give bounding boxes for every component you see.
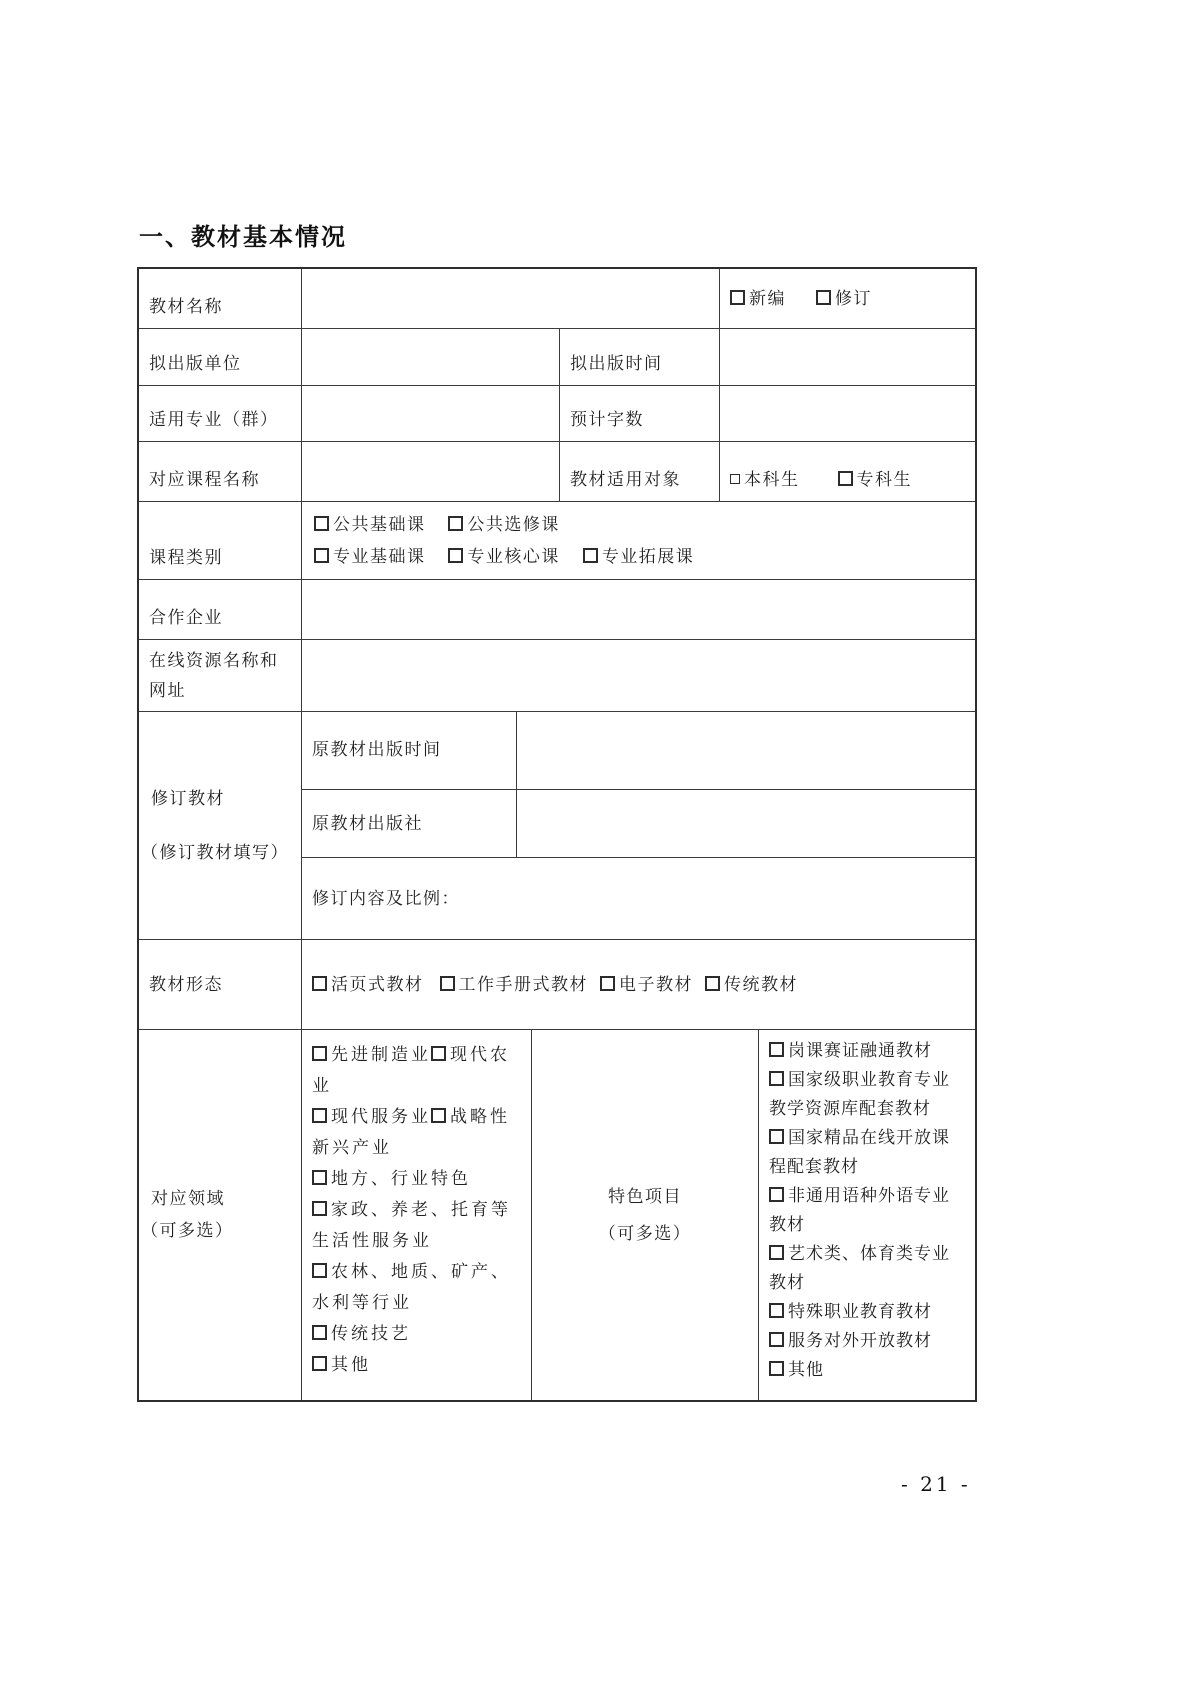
row-publisher: 拟出版单位 拟出版时间 [139, 329, 975, 386]
applicable-major-input-cell[interactable] [302, 386, 560, 441]
label-original-publisher: 原教材出版社 [302, 790, 517, 858]
option-label: 传统技艺 [331, 1324, 411, 1344]
label-online-resources: 在线资源名称和网址 [139, 640, 302, 711]
label-course-name: 对应课程名称 [139, 442, 302, 501]
checkbox-icon [769, 1071, 784, 1086]
option-traditional-textbook[interactable]: 传统教材 [705, 973, 798, 997]
revision-subtable: 原教材出版时间 原教材出版社 修订内容及比例： [302, 712, 975, 939]
checkbox-icon [312, 1201, 327, 1216]
option-national-teaching-resource-library[interactable]: 国家级职业教育专业教学资源库配套教材 [769, 1066, 965, 1124]
course-name-input-cell[interactable] [302, 442, 560, 501]
row-textbook-form: 教材形态 活页式教材 工作手册式教材 电子教材 传统教材 [139, 940, 975, 1030]
option-domain-other[interactable]: 其他 [312, 1350, 521, 1381]
option-label: 公共选修课 [467, 515, 560, 535]
option-label: 现代服务业 [331, 1107, 431, 1127]
feature-label-text: 特色项目 [608, 1182, 682, 1212]
option-course-competition-certificate-integration[interactable]: 岗课赛证融通教材 [769, 1037, 965, 1066]
partner-enterprise-input-cell[interactable] [302, 580, 975, 639]
option-label: 新编 [749, 289, 786, 309]
checkbox-icon [314, 548, 329, 563]
option-label: 专科生 [857, 470, 913, 490]
label-revision-content: 修订内容及比例： [312, 887, 460, 911]
subrow-original-publish-time: 原教材出版时间 [302, 712, 975, 790]
revision-content-input-cell[interactable]: 修订内容及比例： [302, 858, 975, 939]
option-label: 专业拓展课 [602, 547, 695, 567]
option-label: 活页式教材 [331, 975, 424, 995]
feature-options-cell: 岗课赛证融通教材 国家级职业教育专业教学资源库配套教材 国家精品在线开放课程配套… [759, 1030, 975, 1400]
option-domestic-living-services[interactable]: 家政、养老、托育等生活性服务业 [312, 1195, 521, 1257]
option-label: 其他 [788, 1360, 824, 1380]
option-label: 公共基础课 [333, 515, 426, 535]
option-label: 艺术类、体育类专业教材 [769, 1244, 950, 1293]
checkbox-icon [431, 1046, 446, 1061]
option-label: 专业核心课 [467, 547, 560, 567]
label-feature-project: 特色项目 （可多选） [532, 1030, 759, 1400]
label-text: 在线资源名称和网址 [149, 646, 291, 706]
option-special-vocational-education[interactable]: 特殊职业教育教材 [769, 1298, 965, 1327]
checkbox-icon [312, 1325, 327, 1340]
domain-option-group: 现代服务业战略性新兴产业 [312, 1102, 521, 1164]
checkbox-icon [312, 1108, 327, 1123]
section-title: 一、教材基本情况 [139, 217, 347, 252]
revision-label-text: 修订教材 [151, 787, 225, 811]
row-partner-enterprise: 合作企业 [139, 580, 975, 640]
domain-label-text: 对应领域 [151, 1187, 225, 1211]
row-revision-info: 修订教材 （修订教材填写） 原教材出版时间 原教材出版社 修订内容及比例： [139, 712, 975, 940]
checkbox-icon [769, 1245, 784, 1260]
label-textbook-name: 教材名称 [139, 269, 302, 328]
checkbox-icon [816, 290, 831, 305]
checkbox-icon [312, 1170, 327, 1185]
option-agriculture-geology-mining-water[interactable]: 农林、地质、矿产、水利等行业 [312, 1257, 521, 1319]
domain-options-cell: 先进制造业现代农业 现代服务业战略性新兴产业 地方、行业特色 家政、养老、托育等… [302, 1030, 532, 1400]
option-major-basic-course[interactable]: 专业基础课 [314, 547, 426, 567]
planned-publisher-input-cell[interactable] [302, 329, 560, 385]
row-corresponding-domain: 对应领域 （可多选） 先进制造业现代农业 现代服务业战略性新兴产业 地方、行业特… [139, 1030, 975, 1400]
checkbox-icon [769, 1042, 784, 1057]
checkbox-icon [730, 474, 740, 484]
label-applicable-major: 适用专业（群） [139, 386, 302, 441]
textbook-name-input-cell[interactable] [302, 269, 720, 328]
checkbox-icon [600, 976, 615, 991]
label-partner-enterprise: 合作企业 [139, 580, 302, 639]
option-label: 国家级职业教育专业教学资源库配套教材 [769, 1070, 950, 1119]
planned-publish-time-input-cell[interactable] [720, 329, 975, 385]
subrow-original-publisher: 原教材出版社 [302, 790, 975, 859]
target-students-cell: 本科生 专科生 [720, 442, 975, 501]
course-category-line1: 公共基础课 公共选修课 [314, 509, 560, 541]
checkbox-icon [431, 1108, 446, 1123]
row-online-resources: 在线资源名称和网址 [139, 640, 975, 712]
option-serving-opening-up[interactable]: 服务对外开放教材 [769, 1327, 965, 1356]
row-textbook-name: 教材名称 新编 修订 [139, 269, 975, 329]
document-page: 一、教材基本情况 教材名称 新编 修订 拟出版单位 拟出版时间 适用专业（群） … [0, 0, 1191, 1684]
original-publisher-input-cell[interactable] [517, 790, 975, 858]
option-electronic-textbook[interactable]: 电子教材 [600, 973, 693, 997]
option-public-elective-course[interactable]: 公共选修课 [448, 515, 560, 535]
option-workbook-style-textbook[interactable]: 工作手册式教材 [440, 973, 589, 997]
option-new-compilation[interactable]: 新编 [730, 287, 786, 311]
option-major-expansion-course[interactable]: 专业拓展课 [583, 547, 695, 567]
subrow-revision-content: 修订内容及比例： [302, 858, 975, 939]
checkbox-icon [838, 471, 853, 486]
row-course-category: 课程类别 公共基础课 公共选修课 专业基础课 专业核心课 专业拓展课 [139, 502, 975, 580]
label-course-category: 课程类别 [139, 502, 302, 579]
option-advanced-manufacturing[interactable]: 先进制造业 [312, 1045, 431, 1065]
domain-label-note: （可多选） [141, 1219, 234, 1243]
option-traditional-crafts[interactable]: 传统技艺 [312, 1319, 521, 1350]
option-junior-college[interactable]: 专科生 [838, 468, 913, 492]
option-label: 专业基础课 [333, 547, 426, 567]
online-resources-input-cell[interactable] [302, 640, 975, 711]
revision-label-note: （修订教材填写） [141, 841, 289, 865]
option-label: 传统教材 [724, 975, 798, 995]
course-category-options-cell: 公共基础课 公共选修课 专业基础课 专业核心课 专业拓展课 [302, 502, 975, 579]
label-revision-textbook: 修订教材 （修订教材填写） [139, 712, 302, 939]
option-label: 农林、地质、矿产、水利等行业 [312, 1262, 511, 1313]
checkbox-icon [314, 516, 329, 531]
option-label: 电子教材 [619, 975, 693, 995]
option-label: 非通用语种外语专业教材 [769, 1186, 950, 1235]
label-estimated-word-count: 预计字数 [560, 386, 720, 441]
label-corresponding-domain: 对应领域 （可多选） [139, 1030, 302, 1400]
option-public-basic-course[interactable]: 公共基础课 [314, 515, 426, 535]
option-loose-leaf-textbook[interactable]: 活页式教材 [312, 973, 424, 997]
option-label: 服务对外开放教材 [788, 1331, 932, 1351]
original-publish-time-input-cell[interactable] [517, 712, 975, 789]
domain-option-group: 先进制造业现代农业 [312, 1040, 521, 1102]
page-number: - 21 - [901, 1472, 971, 1496]
course-category-line2: 专业基础课 专业核心课 专业拓展课 [314, 541, 694, 573]
option-revised[interactable]: 修订 [816, 287, 872, 311]
checkbox-icon [769, 1129, 784, 1144]
textbook-info-table: 教材名称 新编 修订 拟出版单位 拟出版时间 适用专业（群） 预计字数 对应课程… [137, 267, 977, 1402]
label-target-students: 教材适用对象 [560, 442, 720, 501]
option-modern-services[interactable]: 现代服务业 [312, 1107, 431, 1127]
option-label: 岗课赛证融通教材 [788, 1041, 932, 1061]
checkbox-icon [769, 1361, 784, 1376]
option-label: 工作手册式教材 [459, 975, 589, 995]
row-course-name: 对应课程名称 教材适用对象 本科生 专科生 [139, 442, 975, 502]
checkbox-icon [705, 976, 720, 991]
checkbox-icon [312, 1263, 327, 1278]
checkbox-icon [769, 1332, 784, 1347]
textbook-form-options-cell: 活页式教材 工作手册式教材 电子教材 传统教材 [302, 940, 975, 1029]
option-feature-other[interactable]: 其他 [769, 1356, 965, 1385]
row-applicable-major: 适用专业（群） 预计字数 [139, 386, 975, 442]
option-national-premium-online-course[interactable]: 国家精品在线开放课程配套教材 [769, 1124, 965, 1182]
option-non-universal-foreign-language[interactable]: 非通用语种外语专业教材 [769, 1182, 965, 1240]
checkbox-icon [769, 1303, 784, 1318]
checkbox-icon [312, 1356, 327, 1371]
label-planned-publish-time: 拟出版时间 [560, 329, 720, 385]
option-label: 其他 [331, 1355, 371, 1375]
option-local-industry-features[interactable]: 地方、行业特色 [312, 1164, 521, 1195]
option-art-sports-major[interactable]: 艺术类、体育类专业教材 [769, 1240, 965, 1298]
checkbox-icon [312, 976, 327, 991]
option-label: 先进制造业 [331, 1045, 431, 1065]
label-textbook-form: 教材形态 [139, 940, 302, 1029]
option-label: 国家精品在线开放课程配套教材 [769, 1128, 950, 1177]
checkbox-icon [448, 548, 463, 563]
compile-type-cell: 新编 修订 [720, 269, 975, 328]
option-label: 地方、行业特色 [331, 1169, 471, 1189]
option-label: 家政、养老、托育等生活性服务业 [312, 1200, 511, 1251]
estimated-word-count-input-cell[interactable] [720, 386, 975, 441]
checkbox-icon [769, 1187, 784, 1202]
checkbox-icon [583, 548, 598, 563]
option-label: 修订 [835, 289, 872, 309]
option-label: 特殊职业教育教材 [788, 1302, 932, 1322]
feature-label-note: （可多选） [599, 1219, 692, 1249]
option-major-core-course[interactable]: 专业核心课 [448, 547, 560, 567]
option-label: 本科生 [744, 470, 800, 490]
checkbox-icon [312, 1046, 327, 1061]
label-original-publish-time: 原教材出版时间 [302, 712, 517, 789]
checkbox-icon [448, 516, 463, 531]
label-planned-publisher: 拟出版单位 [139, 329, 302, 385]
checkbox-icon [730, 290, 745, 305]
checkbox-icon [440, 976, 455, 991]
option-undergraduate[interactable]: 本科生 [730, 468, 800, 492]
